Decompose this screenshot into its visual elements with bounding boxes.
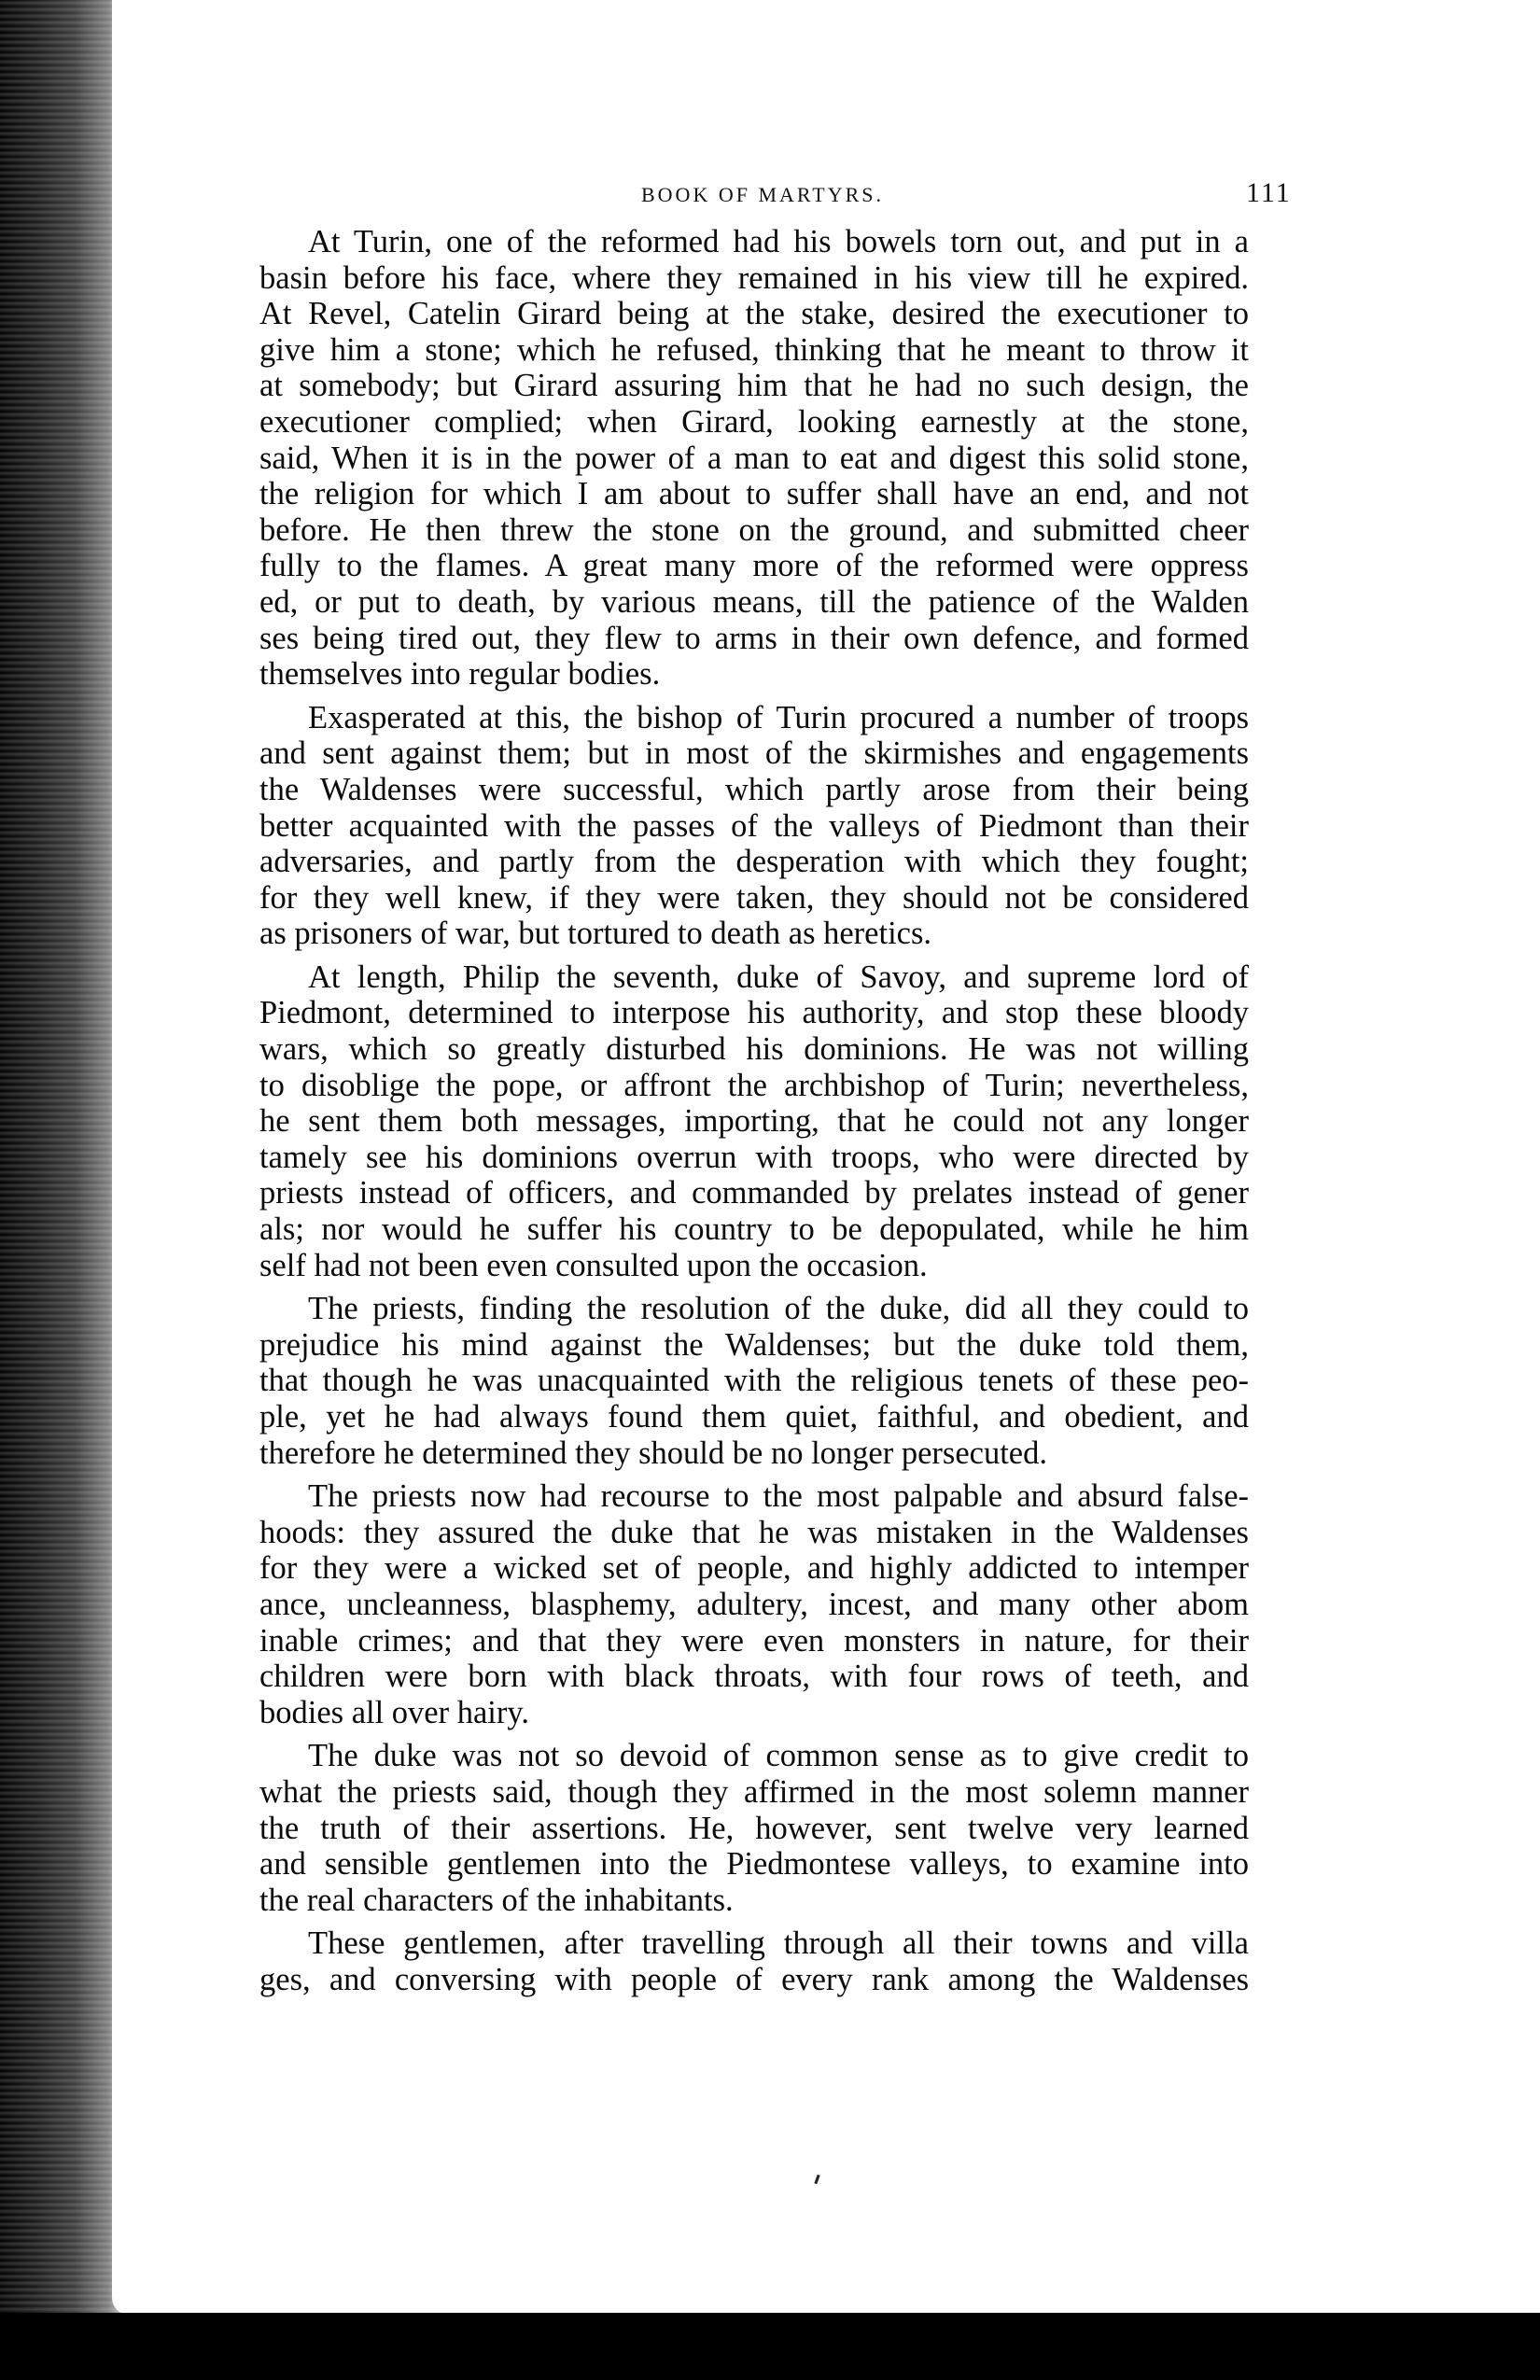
text-line: children were born with black throats, w… [259,1659,1249,1695]
text-line: as prisoners of war, but tortured to dea… [259,916,1249,952]
paragraph: The priests now had recourse to the most… [259,1478,1249,1730]
text-line: and sent against them; but in most of th… [259,735,1249,772]
text-line: better acquainted with the passes of the… [259,808,1249,845]
text-line: Piedmont, determined to interpose his au… [259,995,1249,1031]
body-text: At Turin, one of the reformed had his bo… [259,224,1249,1998]
text-line: The priests now had recourse to the most… [259,1478,1249,1515]
page-number: 111 [1246,177,1292,209]
text-line: the religion for which I am about to suf… [259,476,1249,512]
text-line: the truth of their assertions. He, howev… [259,1811,1249,1847]
text-line: at somebody; but Girard assuring him tha… [259,368,1249,404]
paragraph: The duke was not so devoid of common sen… [259,1738,1249,1918]
paragraph: These gentlemen, after travelling throug… [259,1925,1249,1997]
text-line: The duke was not so devoid of common sen… [259,1738,1249,1774]
text-line: als; nor would he suffer his country to … [259,1211,1249,1248]
text-line: ges, and conversing with people of every… [259,1962,1249,1998]
text-line: tamely see his dominions overrun with tr… [259,1140,1249,1176]
text-line: for they were a wicked set of people, an… [259,1550,1249,1587]
text-line: to disoblige the pope, or affront the ar… [259,1068,1249,1104]
running-header: BOOK OF MARTYRS. [0,183,1540,207]
text-line: said, When it is in the power of a man t… [259,441,1249,477]
paragraph: At Turin, one of the reformed had his bo… [259,224,1249,693]
text-line: wars, which so greatly disturbed his dom… [259,1031,1249,1068]
text-line: for they well knew, if they were taken, … [259,880,1249,917]
text-line: ple, yet he had always found them quiet,… [259,1399,1249,1435]
text-line: the Waldenses were successful, which par… [259,772,1249,808]
text-line: The priests, finding the resolution of t… [259,1291,1249,1327]
text-line: ed, or put to death, by various means, t… [259,584,1249,621]
text-line: basin before his face, where they remain… [259,260,1249,297]
paragraph: At length, Philip the seventh, duke of S… [259,959,1249,1283]
paragraph: Exasperated at this, the bishop of Turin… [259,700,1249,952]
text-line: bodies all over hairy. [259,1695,1249,1731]
text-line: that though he was unacquainted with the… [259,1363,1249,1399]
text-line: the real characters of the inhabitants. [259,1883,1249,1919]
text-line: adversaries, and partly from the despera… [259,844,1249,880]
text-line: At Turin, one of the reformed had his bo… [259,224,1249,260]
text-line: therefore he determined they should be n… [259,1435,1249,1472]
text-line: and sensible gentlemen into the Piedmont… [259,1846,1249,1883]
text-line: priests instead of officers, and command… [259,1175,1249,1211]
paragraph: The priests, finding the resolution of t… [259,1291,1249,1471]
text-line: Exasperated at this, the bishop of Turin… [259,700,1249,736]
text-line: what the priests said, though they affir… [259,1774,1249,1811]
running-title: BOOK OF MARTYRS. [641,183,884,207]
text-line: These gentlemen, after travelling throug… [259,1925,1249,1962]
scanner-shadow-bottom [0,2313,1540,2380]
text-line: At Revel, Catelin Girard being at the st… [259,296,1249,332]
text-line: ses being tired out, they flew to arms i… [259,621,1249,657]
text-line: themselves into regular bodies. [259,656,1249,693]
text-line: before. He then threw the stone on the g… [259,512,1249,549]
text-line: At length, Philip the seventh, duke of S… [259,959,1249,996]
text-line: self had not been even consulted upon th… [259,1248,1249,1284]
text-line: inable crimes; and that they were even m… [259,1623,1249,1659]
text-line: executioner complied; when Girard, looki… [259,404,1249,441]
text-line: hoods: they assured the duke that he was… [259,1515,1249,1551]
text-line: he sent them both messages, importing, t… [259,1103,1249,1140]
text-line: fully to the flames. A great many more o… [259,548,1249,584]
text-line: prejudice his mind against the Waldenses… [259,1327,1249,1364]
text-line: give him a stone; which he refused, thin… [259,332,1249,369]
text-line: ance, uncleanness, blasphemy, adultery, … [259,1587,1249,1623]
